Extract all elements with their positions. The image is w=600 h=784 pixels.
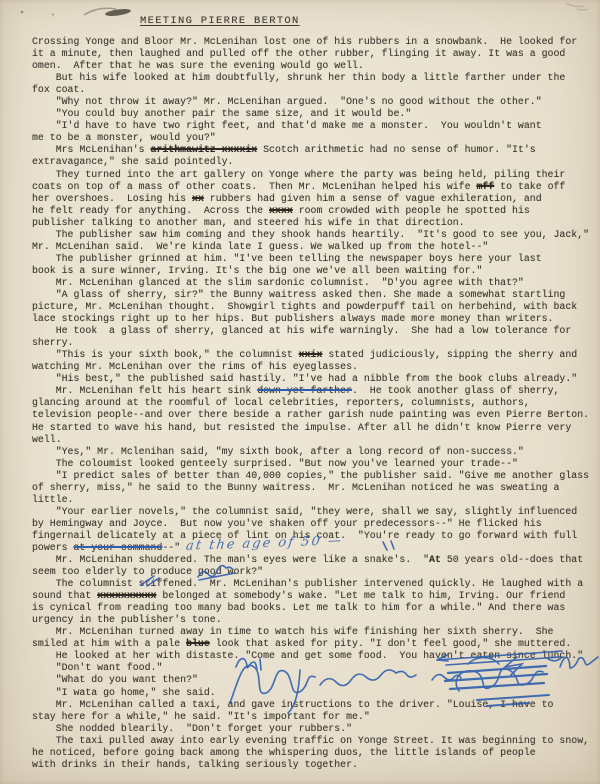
typescript-line: He started to wave his hand, but resiste…	[32, 422, 598, 434]
typescript-line: "A glass of sherry, sir?" the Bunny wait…	[32, 289, 598, 301]
typed-text: extravagance," she said pointedly.	[32, 156, 233, 167]
typed-text: he noticed, before going back among the …	[32, 747, 536, 758]
typed-text: well.	[32, 434, 62, 445]
struck-text: blue	[186, 638, 210, 649]
typescript-line: Crossing Yonge and Bloor Mr. McLenihan l…	[32, 36, 598, 48]
typescript-line: "Don't want food."	[32, 662, 598, 674]
typed-text: stated judiciously, sipping the sherry a…	[322, 349, 577, 360]
typescript-line: sherry.	[32, 337, 598, 349]
typescript-line: "What do you want then?"	[32, 674, 598, 686]
typed-text: They turned into the art gallery on Yong…	[32, 169, 565, 180]
typed-text: room crowded with people he spotted his	[293, 205, 530, 216]
typescript-line: watching Mr. McLenihan over the rims of …	[32, 361, 598, 373]
typescript-line: "Yes," Mr. Mclenihan said, "my sixth boo…	[32, 446, 598, 458]
typescript-line: "Your earlier novels," the columnist sai…	[32, 506, 598, 518]
typescript-line: Mr. McLenihan turned away in time to wat…	[32, 626, 598, 638]
typed-text: rubbers had given him a sense of vague e…	[204, 193, 542, 204]
typescript-body: Crossing Yonge and Bloor Mr. McLenihan l…	[32, 36, 598, 771]
typed-text: 50 years old--does that	[441, 554, 583, 565]
typescript-line: television people--and over there beside…	[32, 409, 598, 421]
typed-text: But his wife looked at him doubtfully, s…	[32, 72, 565, 83]
typescript-line: publisher talking to another man, and st…	[32, 217, 598, 229]
typed-text: Mr. McLenihan said. We're kinda late I g…	[32, 241, 488, 252]
typescript-line: "I predict sales of better than 40,000 c…	[32, 470, 598, 482]
typed-text: smiled at him with a pale	[32, 638, 186, 649]
typescript-line: fox coat.	[32, 84, 598, 96]
typescript-line: Mr. McLenihan called a taxi, and gave in…	[32, 699, 598, 711]
typescript-line: But his wife looked at him doubtfully, s…	[32, 72, 598, 84]
typed-text: "This is your sixth book," the columnist	[32, 349, 299, 360]
typed-text: he felt ready for anything. Across the	[32, 205, 269, 216]
typed-text: glancing around at the roomful of local …	[32, 397, 530, 408]
typed-text: Mr. McLenihan turned away in time to wat…	[32, 626, 554, 637]
typed-text: The publisher saw him coming and they sh…	[32, 229, 589, 240]
typescript-line: Mr. McLenihan shuddered. The man's eyes …	[32, 554, 598, 566]
typed-text: "His best," the published said hastily. …	[32, 373, 577, 384]
typed-text: He started to wave his hand, but resiste…	[32, 422, 571, 433]
struck-text: xxxx	[269, 205, 293, 216]
typescript-line: he felt ready for anything. Across the x…	[32, 205, 598, 217]
typescript-line: is cynical from reading too many bad boo…	[32, 602, 598, 614]
typescript-line: The coloumist looked genteely surprised.…	[32, 458, 598, 470]
typed-text: "You could buy another pair the same siz…	[32, 108, 411, 119]
typed-text: "Don't want food."	[32, 662, 162, 673]
typed-text: "I predict sales of better than 40,000 c…	[32, 470, 589, 481]
typed-text: Scotch arithmetic had no sense of humor.…	[257, 144, 536, 155]
page-title: MEETING PIERRE BERTON	[140, 15, 300, 27]
typescript-line: Mrs McLenihan's arithmawitz xxxxix Scotc…	[32, 144, 598, 156]
typed-text: "A glass of sherry, sir?" the Bunny wait…	[32, 289, 565, 300]
typed-text: seem too elderly to produce good work?"	[32, 566, 263, 577]
typed-text: powers	[32, 542, 73, 553]
struck-text: at your command	[73, 542, 162, 553]
typed-text: me to be a monster, would you?"	[32, 132, 216, 143]
typescript-line: little.	[32, 494, 598, 506]
typescript-line: of sherry, miss," he said to the Bunny w…	[32, 482, 598, 494]
typed-text: "Yes," Mr. Mclenihan said, "my sixth boo…	[32, 446, 524, 457]
typescript-line: sound that xxxxxxxxxx belonged at somebo…	[32, 590, 598, 602]
typescript-line: Mr. McLenihan said. We're kinda late I g…	[32, 241, 598, 253]
typed-text: is cynical from reading too many bad boo…	[32, 602, 565, 613]
typed-text: --"	[162, 542, 180, 553]
typed-text: Mrs McLenihan's	[32, 144, 151, 155]
typescript-line: They turned into the art gallery on Yong…	[32, 169, 598, 181]
typed-text: coats on top of a mass of other coats. T…	[32, 181, 476, 192]
typed-text: fox coat.	[32, 84, 85, 95]
typescript-line: stay here for a while," he said. "It's i…	[32, 711, 598, 723]
typescript-line: he noticed, before going back among the …	[32, 747, 598, 759]
typed-text: television people--and over there beside…	[32, 409, 589, 420]
typed-text: belonged at somebody's wake. "Let me tal…	[156, 590, 565, 601]
struck-text: mff	[476, 181, 494, 192]
typed-text: "Your earlier novels," the columnist sai…	[32, 506, 577, 517]
typed-text: watching Mr. McLenihan over the rims of …	[32, 361, 358, 372]
typed-text: The coloumist looked genteely surprised.…	[32, 458, 518, 469]
struck-text: arithmawitz xxxxix	[151, 144, 258, 155]
typed-text: look that asked for pity. "I don't feel …	[210, 638, 571, 649]
typescript-line: by Hemingway and Joyce. But now you've s…	[32, 518, 598, 530]
typed-text: sherry.	[32, 337, 73, 348]
typed-text: The taxi pulled away into early evening …	[32, 735, 589, 746]
typed-text: picture, Mr. McLenihan thought. Showgirl…	[32, 301, 577, 312]
typescript-line: smiled at him with a pale blue look that…	[32, 638, 598, 650]
typescript-line: Mr. McLenihan felt his heart sink down y…	[32, 385, 598, 397]
typescript-line: Mr. McLenihan glanced at the slim sardon…	[32, 277, 598, 289]
typescript-line: The taxi pulled away into early evening …	[32, 735, 598, 747]
typescript-line: extravagance," she said pointedly.	[32, 156, 598, 168]
typed-text: book is a sure winner, Irving. It's the …	[32, 265, 482, 276]
typed-text: with drinks in their hands, talking seri…	[32, 759, 358, 770]
struck-text: down yet farther	[257, 385, 352, 396]
typed-text: sound that	[32, 590, 97, 601]
typescript-line: seem too elderly to produce good work?"	[32, 566, 598, 578]
struck-text: At	[429, 554, 441, 565]
typescript-line: lace stockings right up to her hips. But…	[32, 313, 598, 325]
typed-text: The publisher grinned at him. "I've been…	[32, 253, 542, 264]
typed-text: "Why not throw it away?" Mr. McLenihan a…	[32, 96, 542, 107]
typescript-line: it a minute, then laughed and pulled off…	[32, 48, 598, 60]
typed-text: lace stockings right up to her hips. But…	[32, 313, 554, 324]
typed-text: urgency in the publisher's tone.	[32, 614, 222, 625]
typescript-line: He looked at her with distaste. "Come an…	[32, 650, 598, 662]
typed-text: . He took another glass of sherry,	[352, 385, 559, 396]
typed-text: "I'd have to have two right feet, and th…	[32, 120, 542, 131]
typescript-line: picture, Mr. McLenihan thought. Showgirl…	[32, 301, 598, 313]
typescript-line: well.	[32, 434, 598, 446]
typescript-line: "You could buy another pair the same siz…	[32, 108, 598, 120]
typed-text: by Hemingway and Joyce. But now you've s…	[32, 518, 542, 529]
typescript-line: me to be a monster, would you?"	[32, 132, 598, 144]
typescript-line: her overshoes. Losing his xx rubbers had…	[32, 193, 598, 205]
typewritten-manuscript-page: MEETING PIERRE BERTON Crossing Yonge and…	[0, 0, 600, 784]
typed-text: He took a glass of sherry, glanced at hi…	[32, 325, 571, 336]
typed-text: publisher talking to another man, and st…	[32, 217, 465, 228]
typed-text: to take off	[494, 181, 565, 192]
typed-text: "I wata go home," she said.	[32, 687, 216, 698]
typescript-line: book is a sure winner, Irving. It's the …	[32, 265, 598, 277]
typed-text: Crossing Yonge and Bloor Mr. McLenihan l…	[32, 36, 577, 47]
typescript-line: "I'd have to have two right feet, and th…	[32, 120, 598, 132]
typescript-line: "Why not throw it away?" Mr. McLenihan a…	[32, 96, 598, 108]
typescript-line: urgency in the publisher's tone.	[32, 614, 598, 626]
typescript-line: The publisher saw him coming and they sh…	[32, 229, 598, 241]
typescript-line: glancing around at the roomful of local …	[32, 397, 598, 409]
typed-text: her overshoes. Losing his	[32, 193, 192, 204]
typed-text: The columnist stiffened. Mr. McLenihan's…	[32, 578, 583, 589]
typescript-line: "His best," the published said hastily. …	[32, 373, 598, 385]
typed-text: Mr. McLenihan felt his heart sink	[32, 385, 257, 396]
typed-text: stay here for a while," he said. "It's i…	[32, 711, 370, 722]
typescript-line: "This is your sixth book," the columnist…	[32, 349, 598, 361]
typescript-line: The publisher grinned at him. "I've been…	[32, 253, 598, 265]
typed-text: little.	[32, 494, 73, 505]
typescript-line: with drinks in their hands, talking seri…	[32, 759, 598, 771]
typed-text: "What do you want then?"	[32, 674, 198, 685]
typescript-line: He took a glass of sherry, glanced at hi…	[32, 325, 598, 337]
pencil-smudge-marks	[21, 3, 588, 17]
struck-text: xxxxxxxxxx	[97, 590, 156, 601]
struck-text: xx	[192, 193, 204, 204]
typed-text: it a minute, then laughed and pulled off…	[32, 48, 565, 59]
typed-text: She nodded blearily. "Don't forget your …	[32, 723, 352, 734]
typed-text: He looked at her with distaste. "Come an…	[32, 650, 583, 661]
typed-text: omen. After that he was sure the evening…	[32, 60, 364, 71]
typescript-line: She nodded blearily. "Don't forget your …	[32, 723, 598, 735]
typescript-line: coats on top of a mass of other coats. T…	[32, 181, 598, 193]
typescript-line: "I wata go home," she said.	[32, 687, 598, 699]
typed-text: Mr. McLenihan glanced at the slim sardon…	[32, 277, 524, 288]
struck-text: xxix	[299, 349, 323, 360]
typed-text: of sherry, miss," he said to the Bunny w…	[32, 482, 559, 493]
typed-text: Mr. McLenihan called a taxi, and gave in…	[32, 699, 554, 710]
typed-text: Mr. McLenihan shuddered. The man's eyes …	[32, 554, 429, 565]
typescript-line: omen. After that he was sure the evening…	[32, 60, 598, 72]
typescript-line: The columnist stiffened. Mr. McLenihan's…	[32, 578, 598, 590]
